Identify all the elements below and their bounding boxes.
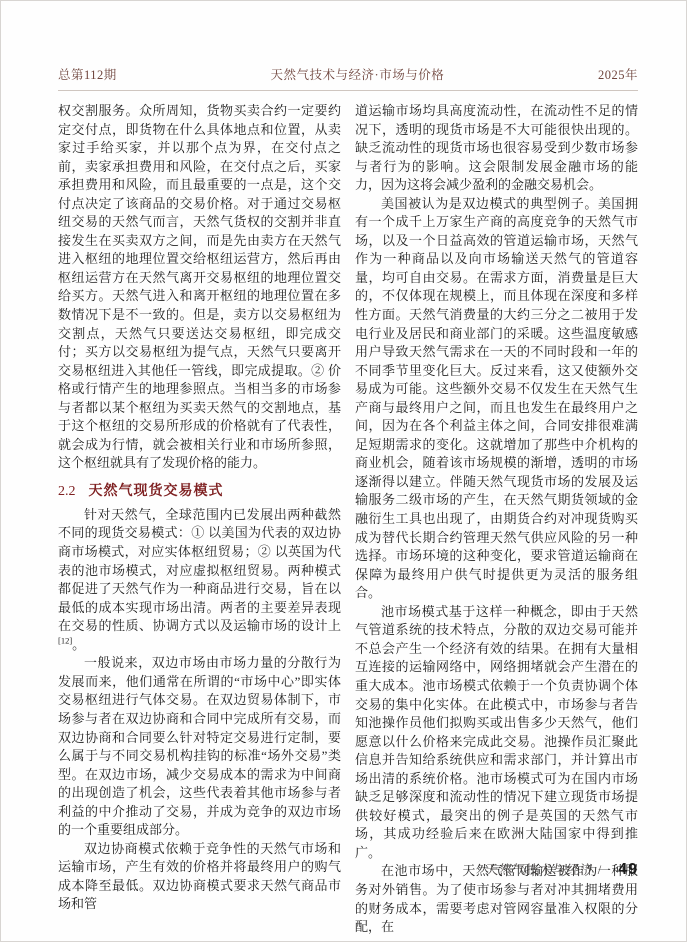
paragraph: 美国被认为是双边模式的典型例子。美国拥有一个成千上万家生产商的高度竞争的天然气市… (355, 195, 638, 603)
article-body: 权交割服务。众所周知，货物买卖合约一定要约定交付点，即货物在什么具体地点和位置，… (58, 102, 638, 937)
section-heading: 2.2 天然气现货交易模式 (58, 480, 341, 500)
paragraph-text: 针对天然气，全球范围内已发展出两种截然不同的现货交易模式：① 以美国为代表的双边… (58, 507, 341, 633)
header-year: 2025年 (598, 65, 638, 83)
right-column: 道运输市场均具高度流动性，在流动性不足的情况下，透明的现货市场是不大可能很快出现… (355, 102, 638, 937)
footer-page-number: 49 (618, 861, 638, 879)
paragraph: 一般说来，双边市场由市场力量的分散行为发展而来，他们通常在所谓的“市场中心”即实… (58, 654, 341, 839)
page-footer: 天然气技术与经济 / 49 (58, 860, 638, 879)
journal-page: 总第112期 天然气技术与经济·市场与价格 2025年 权交割服务。众所周知，货… (0, 0, 687, 942)
section-number: 2.2 (58, 484, 76, 500)
page-header: 总第112期 天然气技术与经济·市场与价格 2025年 (58, 65, 638, 83)
reference-superscript: [12] (58, 635, 72, 645)
paragraph: 针对天然气，全球范围内已发展出两种截然不同的现货交易模式：① 以美国为代表的双边… (58, 506, 341, 654)
paragraph-text: 。 (72, 637, 85, 652)
footer-journal-name: 天然气技术与经济 / (486, 860, 603, 878)
paragraph: 道运输市场均具高度流动性，在流动性不足的情况下，透明的现货市场是不大可能很快出现… (355, 102, 638, 195)
paragraph: 池市场模式基于这样一种概念，即由于天然气管道系统的技术特点，分散的双边交易可能并… (355, 603, 638, 863)
left-column: 权交割服务。众所周知，货物买卖合约一定要约定交付点，即货物在什么具体地点和位置，… (58, 102, 341, 937)
paragraph: 权交割服务。众所周知，货物买卖合约一定要约定交付点，即货物在什么具体地点和位置，… (58, 102, 341, 473)
header-issue: 总第112期 (58, 65, 117, 83)
header-journal-title: 天然气技术与经济·市场与价格 (271, 65, 445, 83)
section-title: 天然气现货交易模式 (89, 480, 224, 500)
header-divider (58, 90, 638, 91)
